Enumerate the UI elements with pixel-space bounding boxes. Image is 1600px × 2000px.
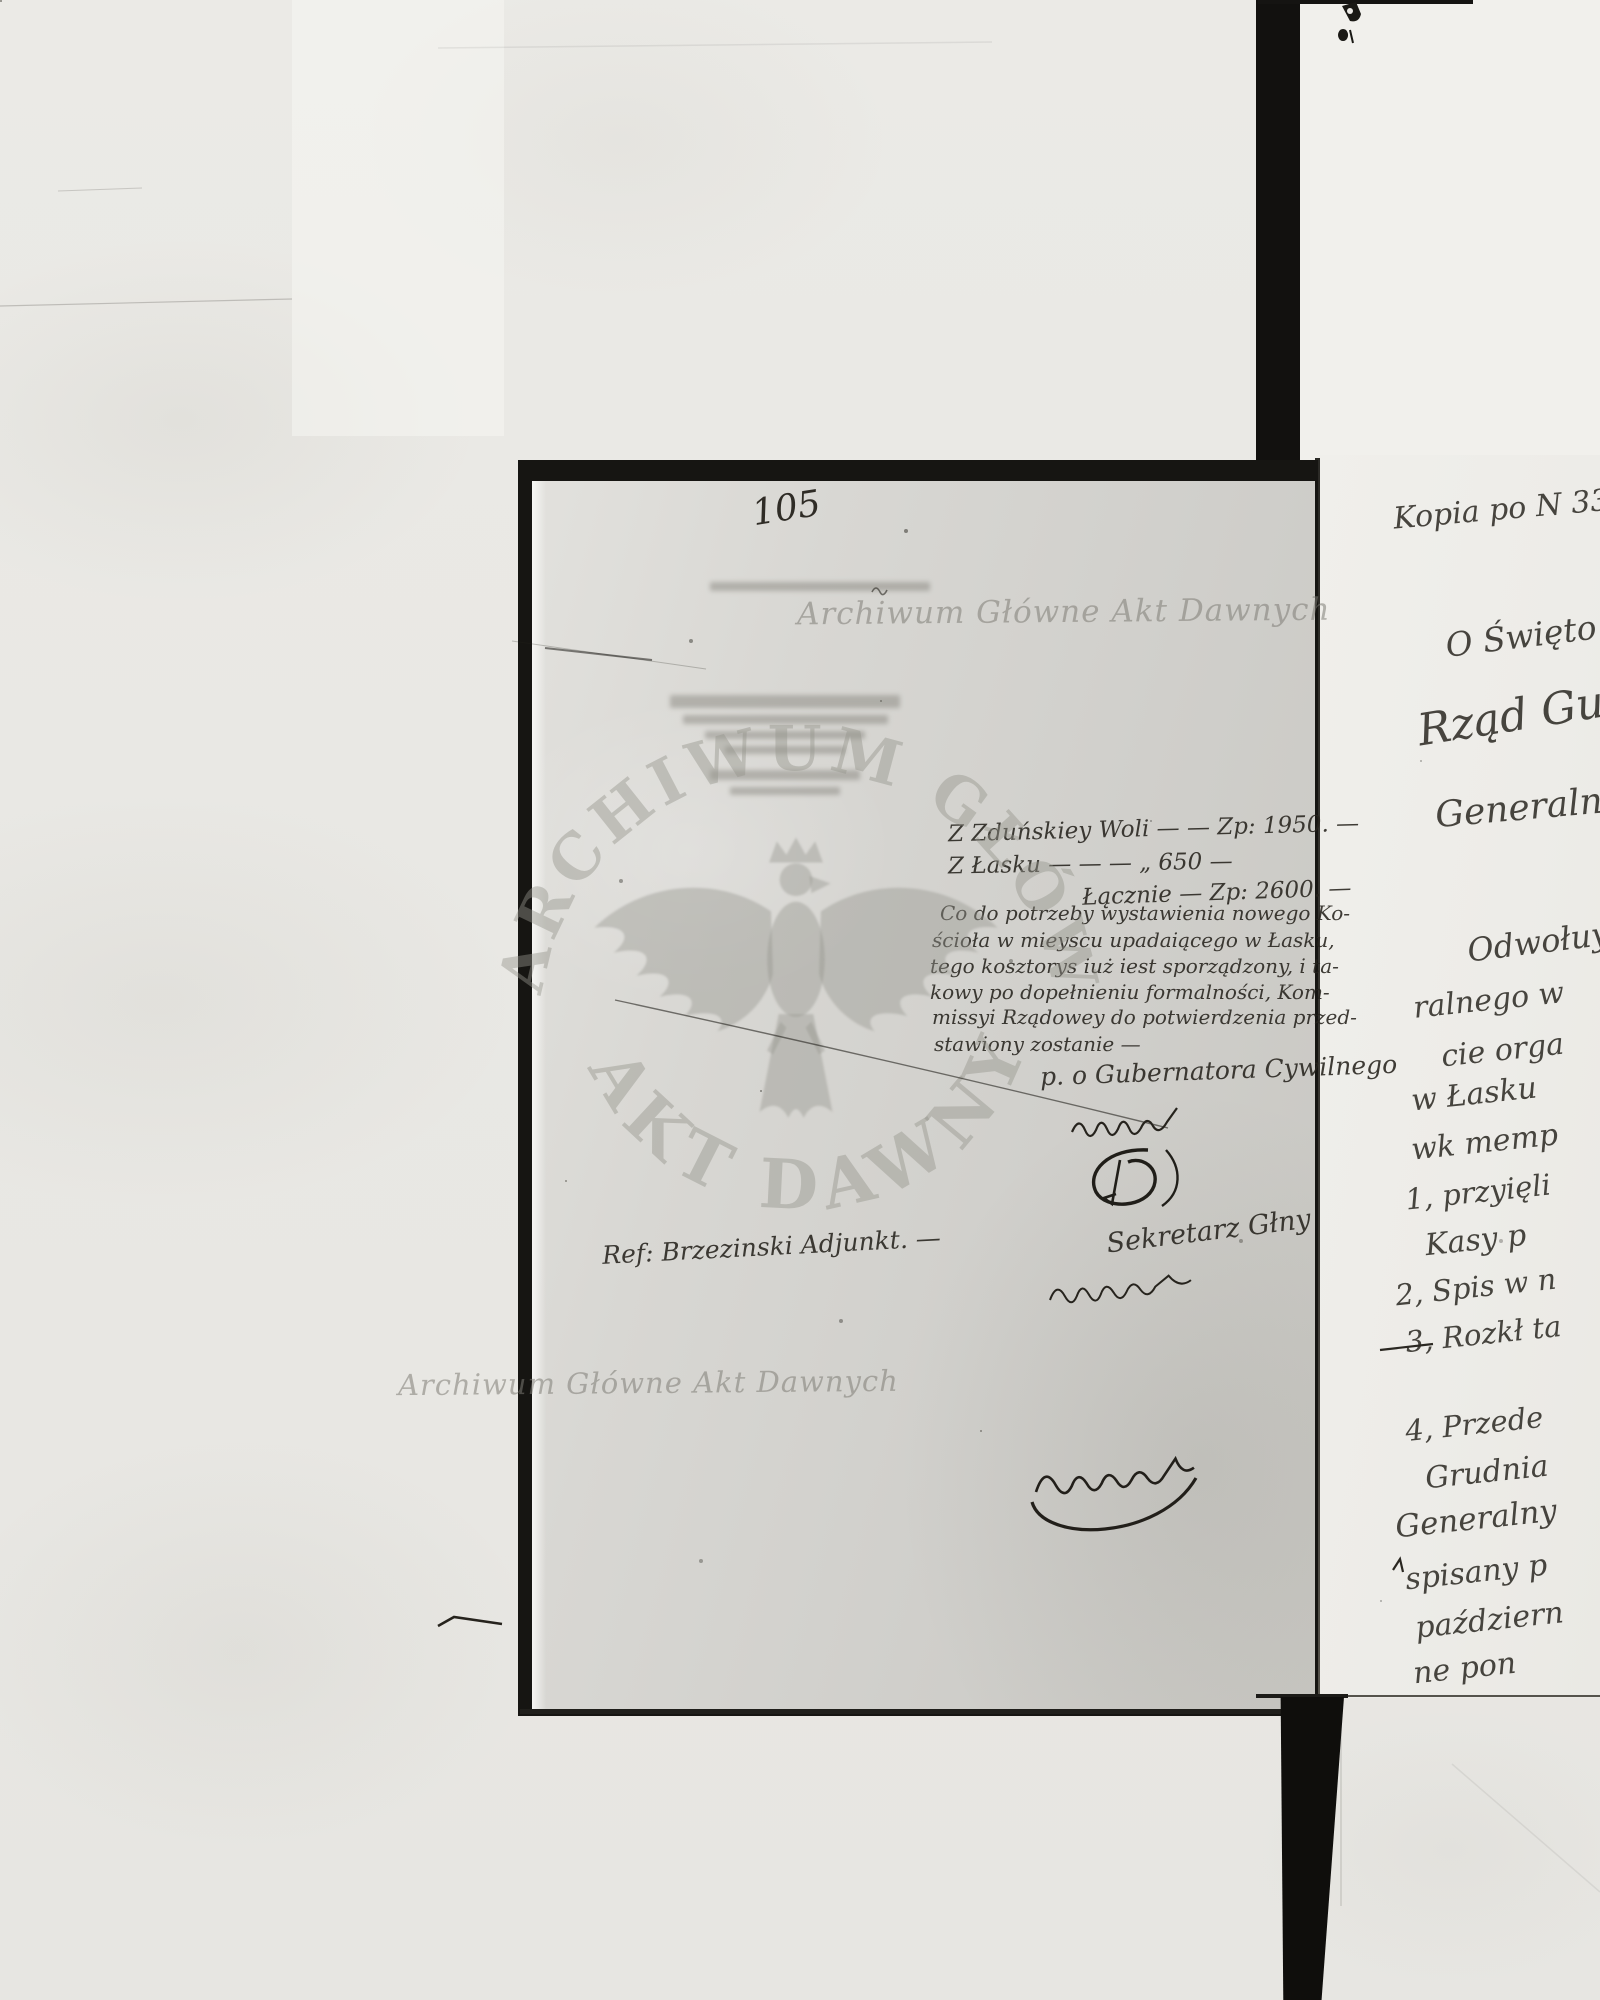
handwritten-line: cie orga [1440, 1027, 1566, 1075]
faint-fold-line [438, 42, 992, 48]
handwritten-line: 3, Rozkł ta [1404, 1309, 1563, 1359]
handwritten-line: ralnego w [1412, 975, 1566, 1026]
handwritten-line: wk memp [1410, 1117, 1560, 1167]
handwritten-line: Generalny [1434, 779, 1600, 836]
eagle-watermark-icon [556, 828, 1036, 1158]
crease-line [1452, 1764, 1600, 1892]
handwritten-line: Odwołuy [1465, 914, 1600, 969]
scratch-line [0, 299, 292, 306]
handwritten-line: Rząd Gu [1414, 677, 1600, 757]
archival-scan: Kopia po N 334. O Święto ż Rząd Gu Gener… [0, 0, 1600, 2000]
handwritten-line: w Łasku [1410, 1071, 1539, 1119]
page-bottom-edge [520, 1709, 1320, 1714]
scratch-line [58, 188, 142, 191]
handwritten-line: Grudnia [1424, 1449, 1551, 1497]
pen-mark [438, 1617, 502, 1626]
handwritten-line: 1, przyięli [1404, 1167, 1553, 1216]
handwritten-line: Kasy p [1423, 1218, 1527, 1263]
handwritten-line: 4, Przede [1404, 1400, 1545, 1448]
handwritten-line: 2, Spis w n [1394, 1262, 1558, 1313]
dust-specks [0, 0, 2, 2]
archive-watermark-text: Archiwum Główne Akt Dawnych [398, 1364, 899, 1402]
sheet-edge-line [1348, 1695, 1600, 1697]
right-page-header: Kopia po N 334. [1392, 480, 1600, 536]
handwritten-line: październ [1414, 1595, 1566, 1645]
film-gap-wedge [1278, 1697, 1344, 2000]
backing-sheet-highlight [292, 0, 504, 436]
handwritten-line: Generalny [1394, 1493, 1559, 1546]
handwritten-line: ne pon [1411, 1646, 1517, 1692]
archive-watermark-text: Archiwum Główne Akt Dawnych [797, 592, 1331, 633]
handwritten-line: spisany p [1404, 1548, 1549, 1598]
handwritten-line: O Święto ż [1443, 604, 1600, 665]
backing-sheet-top-right [1300, 0, 1600, 462]
film-top-edge [1258, 0, 1473, 4]
